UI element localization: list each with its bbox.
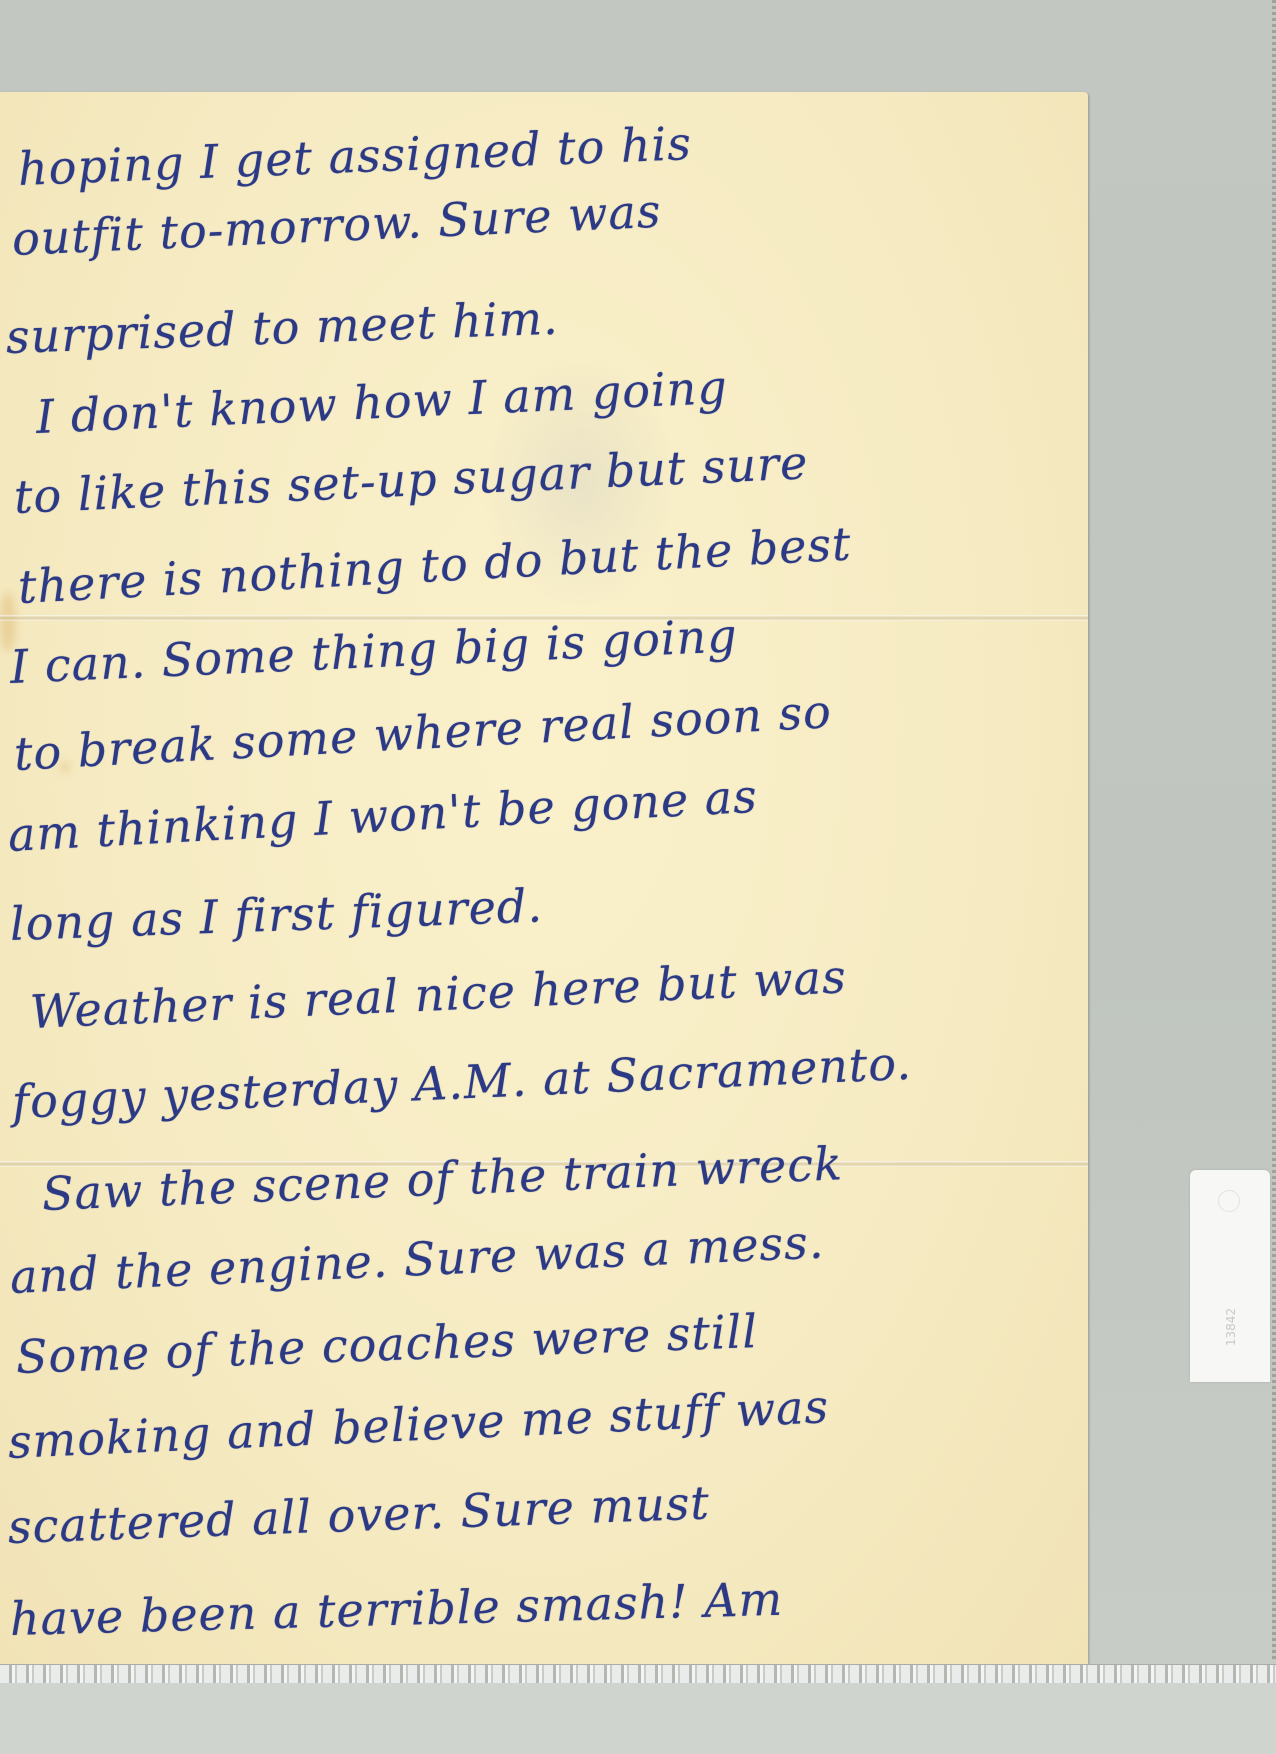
sleeve-lower-area bbox=[0, 1683, 1276, 1754]
archive-label: 13842 bbox=[1190, 1170, 1270, 1382]
archive-label-number: 13842 bbox=[1224, 1308, 1238, 1346]
sleeve-edge bbox=[1272, 0, 1276, 1660]
sleeve-perforation-strip bbox=[0, 1664, 1276, 1684]
label-circle-mark bbox=[1218, 1190, 1240, 1212]
